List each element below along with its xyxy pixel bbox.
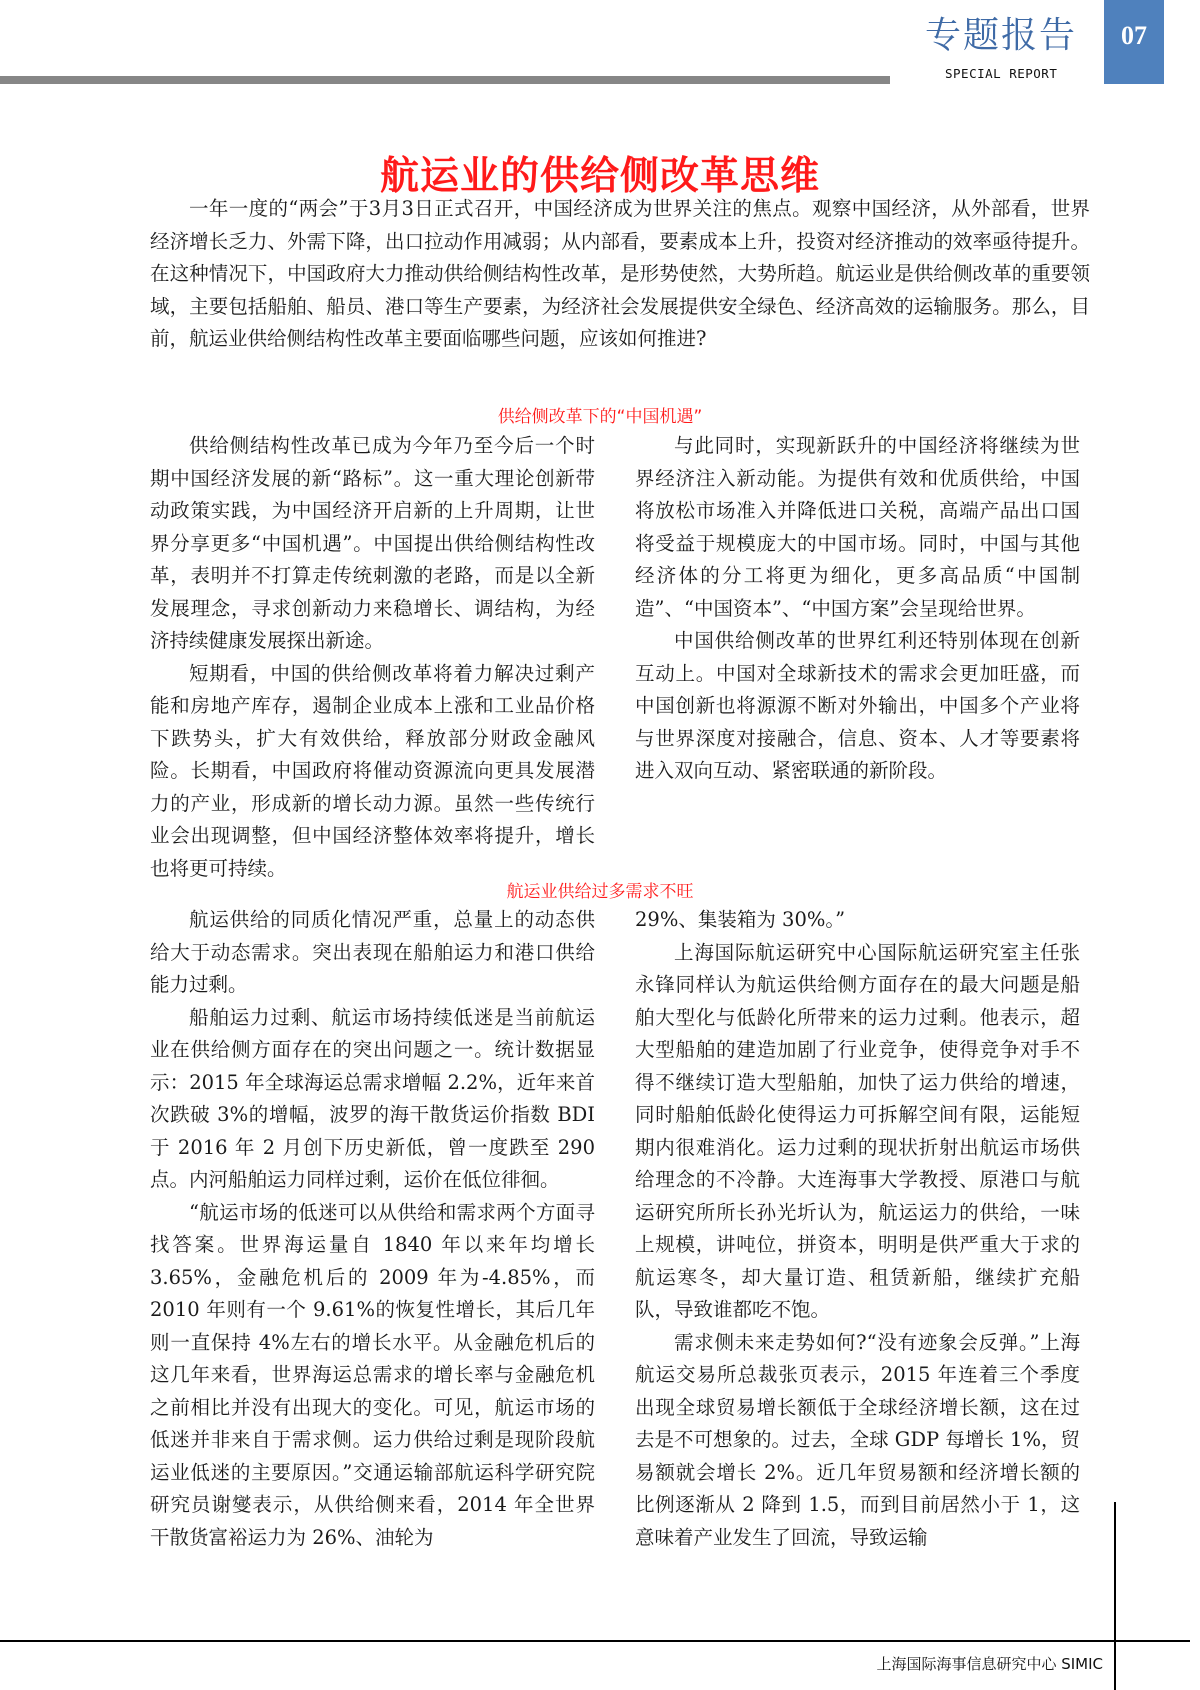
paragraph: 与此同时，实现新跃升的中国经济将继续为世界经济注入新动能。为提供有效和优质供给，…: [635, 430, 1080, 625]
section-1-left-column: 供给侧结构性改革已成为今年乃至今后一个时期中国经济发展的新“路标”。这一重大理论…: [150, 430, 595, 885]
section-1-right-column: 与此同时，实现新跃升的中国经济将继续为世界经济注入新动能。为提供有效和优质供给，…: [635, 430, 1080, 788]
paragraph-continued: 29%、集装箱为 30%。”: [635, 904, 1080, 937]
intro-paragraph: 一年一度的“两会”于3月3日正式召开，中国经济成为世界关注的焦点。观察中国经济，…: [150, 193, 1090, 356]
paragraph: 中国供给侧改革的世界红利还特别体现在创新互动上。中国对全球新技术的需求会更加旺盛…: [635, 625, 1080, 788]
section-heading-oversupply: 航运业供给过多需求不旺: [0, 877, 1200, 902]
header-rule: [0, 76, 890, 84]
paragraph: 供给侧结构性改革已成为今年乃至今后一个时期中国经济发展的新“路标”。这一重大理论…: [150, 430, 595, 658]
paragraph: “航运市场的低迷可以从供给和需求两个方面寻找答案。世界海运量自 1840 年以来…: [150, 1197, 595, 1555]
article-intro: 一年一度的“两会”于3月3日正式召开，中国经济成为世界关注的焦点。观察中国经济，…: [150, 193, 1090, 356]
section-title: 专题报告: [925, 18, 1077, 54]
section-2-right-column: 29%、集装箱为 30%。” 上海国际航运研究中心国际航运研究室主任张永锋同样认…: [635, 904, 1080, 1554]
paragraph: 需求侧未来走势如何?“没有迹象会反弹。”上海航运交易所总裁张页表示，2015 年…: [635, 1327, 1080, 1555]
section-subtitle: SPECIAL REPORT: [945, 66, 1057, 81]
paragraph: 上海国际航运研究中心国际航运研究室主任张永锋同样认为航运供给侧方面存在的最大问题…: [635, 937, 1080, 1327]
paragraph: 船舶运力过剩、航运市场持续低迷是当前航运业在供给侧方面存在的突出问题之一。统计数…: [150, 1002, 595, 1197]
paragraph: 航运供给的同质化情况严重，总量上的动态供给大于动态需求。突出表现在船舶运力和港口…: [150, 904, 595, 1002]
footer-rule: [0, 1640, 1190, 1642]
page-number: 07: [1121, 21, 1147, 51]
paragraph: 短期看，中国的供给侧改革将着力解决过剩产能和房地产库存，遏制企业成本上涨和工业品…: [150, 658, 595, 886]
section-heading-china-opportunity: 供给侧改革下的“中国机遇”: [0, 402, 1200, 427]
section-2-left-column: 航运供给的同质化情况严重，总量上的动态供给大于动态需求。突出表现在船舶运力和港口…: [150, 904, 595, 1554]
footer-vertical-rule: [1114, 1502, 1116, 1690]
footer-organization: 上海国际海事信息研究中心 SIMIC: [876, 1653, 1103, 1674]
page-number-badge: 07: [1104, 0, 1164, 84]
